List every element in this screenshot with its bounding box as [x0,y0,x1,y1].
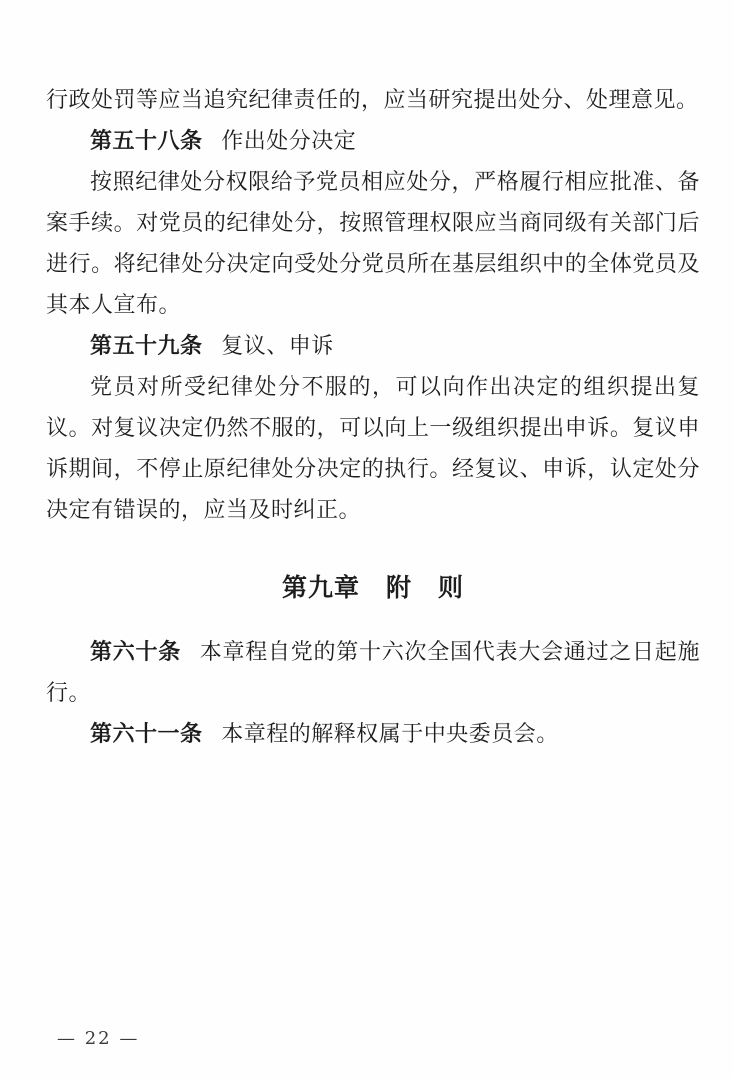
article-58-heading: 第五十八条作出处分决定 [46,121,700,162]
paragraph-continuation: 行政处罚等应当追究纪律责任的，应当研究提出处分、处理意见。 [46,80,700,121]
article-59-number: 第五十九条 [90,334,203,359]
article-60-paragraph: 第六十条本章程自党的第十六次全国代表大会通过之日起施行。 [46,632,700,714]
article-59-heading: 第五十九条复议、申诉 [46,326,700,367]
document-body: 行政处罚等应当追究纪律责任的，应当研究提出处分、处理意见。 第五十八条作出处分决… [46,80,700,755]
article-58-number: 第五十八条 [90,129,203,154]
article-61-body: 本章程的解释权属于中央委员会。 [221,722,559,747]
article-58-title: 作出处分决定 [221,129,356,154]
chapter-9-heading: 第九章 附 则 [46,567,700,609]
article-60-number: 第六十条 [90,640,181,665]
article-59-paragraph: 党员对所受纪律处分不服的，可以向作出决定的组织提出复议。对复议决定仍然不服的，可… [46,367,700,531]
article-61-paragraph: 第六十一条本章程的解释权属于中央委员会。 [46,714,700,755]
page-number: — 22 — [57,1028,139,1049]
article-58-paragraph: 按照纪律处分权限给予党员相应处分，严格履行相应批准、备案手续。对党员的纪律处分，… [46,162,700,326]
article-61-number: 第六十一条 [90,722,203,747]
article-59-title: 复议、申诉 [221,334,334,359]
document-page: 行政处罚等应当追究纪律责任的，应当研究提出处分、处理意见。 第五十八条作出处分决… [0,0,733,1079]
